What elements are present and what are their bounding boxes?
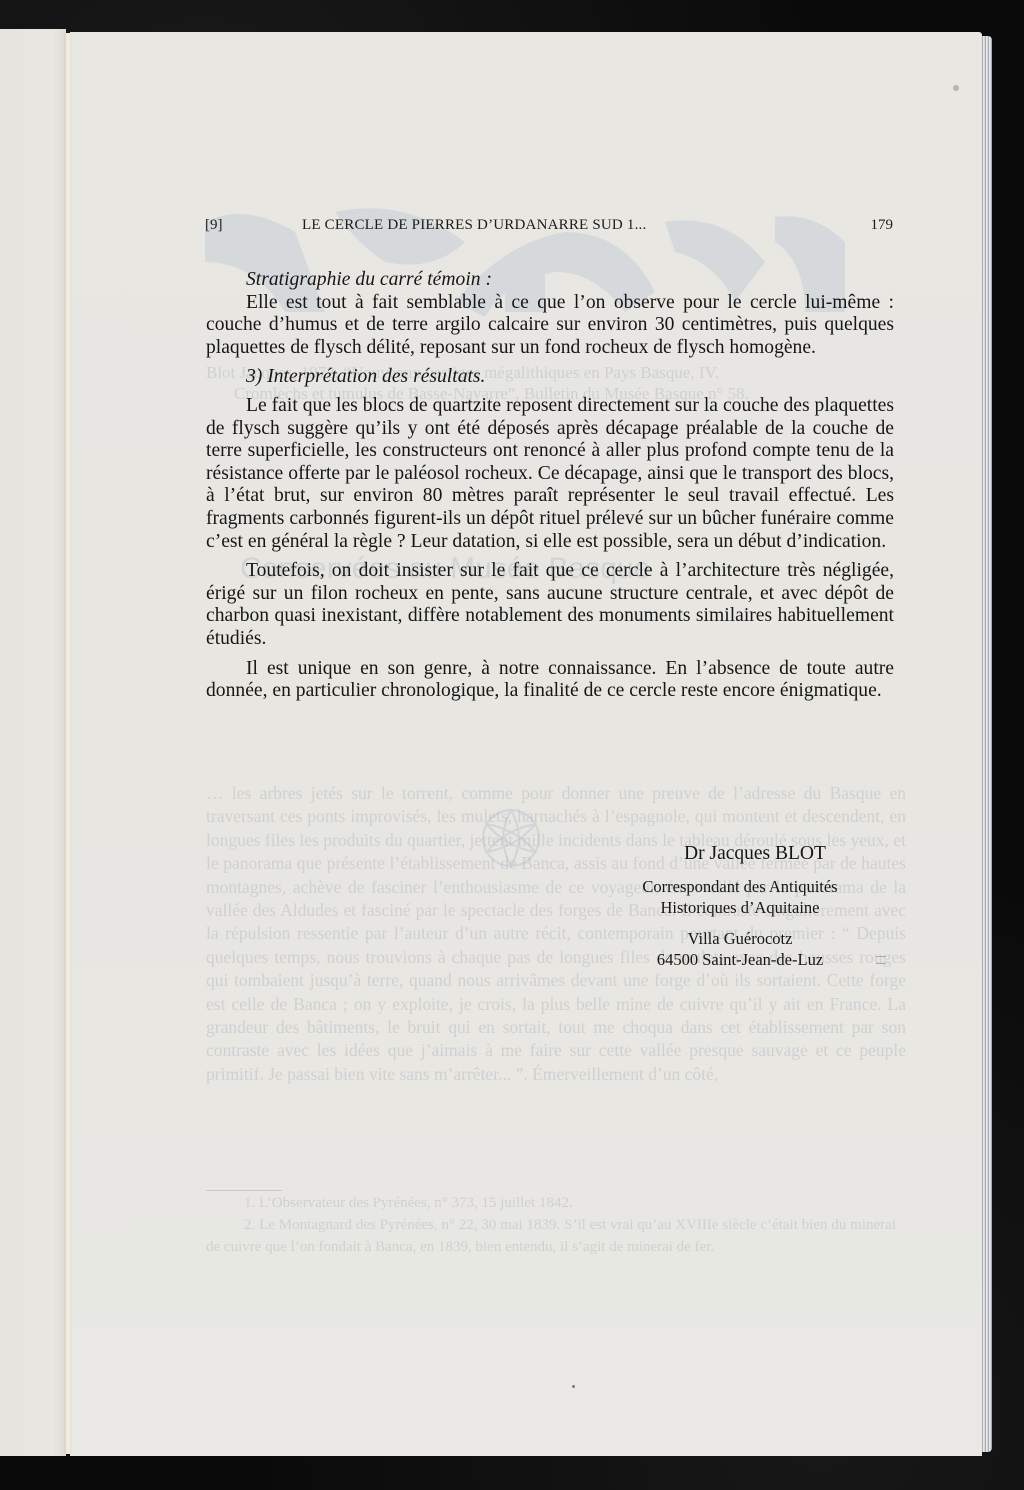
show-through-footnote-rule	[206, 1190, 282, 1191]
author-address: 64500 Saint-Jean-de-Luz	[570, 949, 910, 970]
show-through-footnote: 1. L’Observateur des Pyrénées, n° 373, 1…	[206, 1192, 896, 1214]
author-signature: Dr Jacques BLOT Correspondant des Antiqu…	[570, 842, 910, 970]
paper-speck	[572, 1385, 575, 1388]
margin-mark	[876, 956, 886, 964]
section-heading-interpretation: 3) Interprétation des résultats.	[206, 366, 894, 389]
book-gutter	[64, 33, 72, 1454]
author-title: Correspondant des Antiquités	[570, 876, 910, 897]
show-through-footnotes: 1. L’Observateur des Pyrénées, n° 373, 1…	[206, 1192, 896, 1258]
paragraph: Il est unique en son genre, à notre conn…	[206, 658, 894, 703]
paragraph: Le fait que les blocs de quartzite repos…	[206, 395, 894, 553]
paragraph: Toutefois, on doit insister sur le fait …	[206, 560, 894, 650]
author-title: Historiques d’Aquitaine	[570, 897, 910, 918]
section-heading-stratigraphie: Stratigraphie du carré témoin :	[206, 269, 894, 292]
author-name: Dr Jacques BLOT	[600, 842, 910, 866]
show-through-footnote: 2. Le Montagnard des Pyrénées, n° 22, 30…	[206, 1214, 896, 1258]
facing-page-edge	[0, 29, 66, 1456]
paragraph: Elle est tout à fait semblable à ce que …	[206, 292, 894, 360]
author-address: Villa Guérocotz	[570, 928, 910, 949]
running-title: LE CERCLE DE PIERRES D’URDANARRE SUD 1..…	[302, 217, 646, 234]
book-page: Blot Jacques, 1972. “Nouveaux vestiges m…	[70, 32, 982, 1456]
section-number: [9]	[205, 217, 223, 234]
paper-speck	[953, 85, 959, 91]
article-body: Stratigraphie du carré témoin : Elle est…	[206, 269, 894, 703]
page-number: 179	[871, 217, 894, 234]
show-through-rosette-icon	[480, 807, 542, 869]
running-head: [9] LE CERCLE DE PIERRES D’URDANARRE SUD…	[205, 217, 895, 239]
